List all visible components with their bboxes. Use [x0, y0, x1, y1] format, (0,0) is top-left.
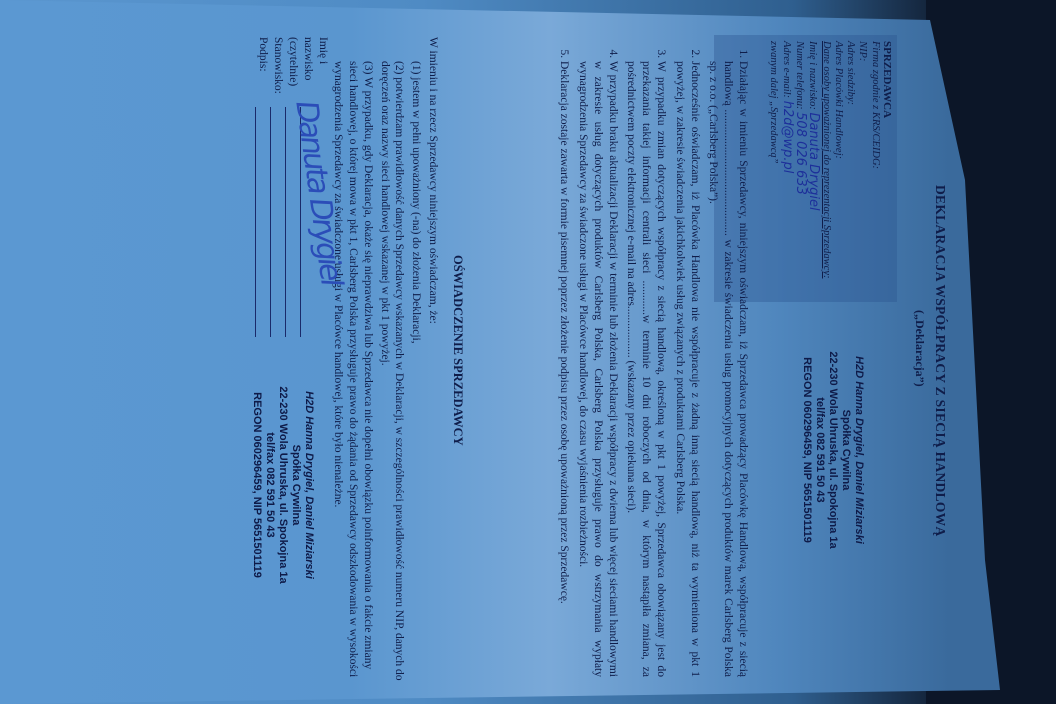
signature-field-readable: (czytelnie) [285, 37, 300, 337]
handwritten-name: Danuta Drygiel [806, 112, 821, 210]
point-item: Deklaracja zostaje zawarta w formie pise… [556, 61, 571, 677]
seller-statement: W imieniu i na rzecz Sprzedawcy niniejsz… [328, 37, 440, 687]
seller-field: Adres siedziby: [844, 41, 856, 296]
signature-field-sign: Podpis: [255, 37, 270, 337]
statement-item: (2) potwierdzam prawidłowość danych Sprz… [377, 61, 407, 687]
company-stamp: H2D Hanna Drygiel, Daniel Miziarski Spół… [800, 320, 865, 580]
document-subtitle: („Deklaracja”) [912, 310, 927, 387]
declaration-points: Działając w imieniu Sprzedawcy, niniejsz… [552, 37, 750, 677]
statement-item: (3) W przypadku, gdy Deklaracja, okaże s… [330, 61, 374, 687]
seller-field: Adres Placówki Handlowej: [832, 41, 844, 296]
point-item: Jednocześnie oświadczam, iż Placówka Han… [672, 61, 702, 677]
seller-statement-title: OŚWIADCZENIE SPRZEDAWCY [450, 255, 465, 446]
signature-field-position: Stanowisko: [270, 37, 285, 337]
point-item: W przypadku zmian dotyczących współpracy… [624, 61, 668, 677]
document-page: DEKLARACJA WSPÓŁPRACY Z SIECIĄ HANDLOWĄ … [235, 25, 955, 704]
point-item: W przypadku braku aktualizacji Deklaracj… [575, 61, 619, 677]
document-title: DEKLARACJA WSPÓŁPRACY Z SIECIĄ HANDLOWĄ [932, 185, 947, 537]
handwritten-phone: 508 026 633 [793, 112, 808, 195]
seller-footer: zwanym dalej „Sprzedawcą” [767, 41, 779, 296]
statement-intro: W imieniu i na rzecz Sprzedawcy niniejsz… [425, 37, 440, 687]
statement-item: (1) jestem w pełni upoważniony (-na) do … [408, 61, 423, 687]
seller-field: NIP: [856, 41, 868, 296]
handwritten-email: h2d@wp.pl [780, 101, 795, 174]
seller-field: Firma zgodnie z KRS/CEIDG: [868, 41, 880, 296]
seller-field: Adres e-mail: h2d@wp.pl [779, 41, 792, 296]
company-stamp-bottom: H2D Hanna Drygiel, Daniel Miziarski Spół… [250, 355, 315, 615]
point-item: Działając w imieniu Sprzedawcy, niniejsz… [706, 61, 750, 677]
seller-header: SPRZEDAWCA [881, 41, 893, 296]
